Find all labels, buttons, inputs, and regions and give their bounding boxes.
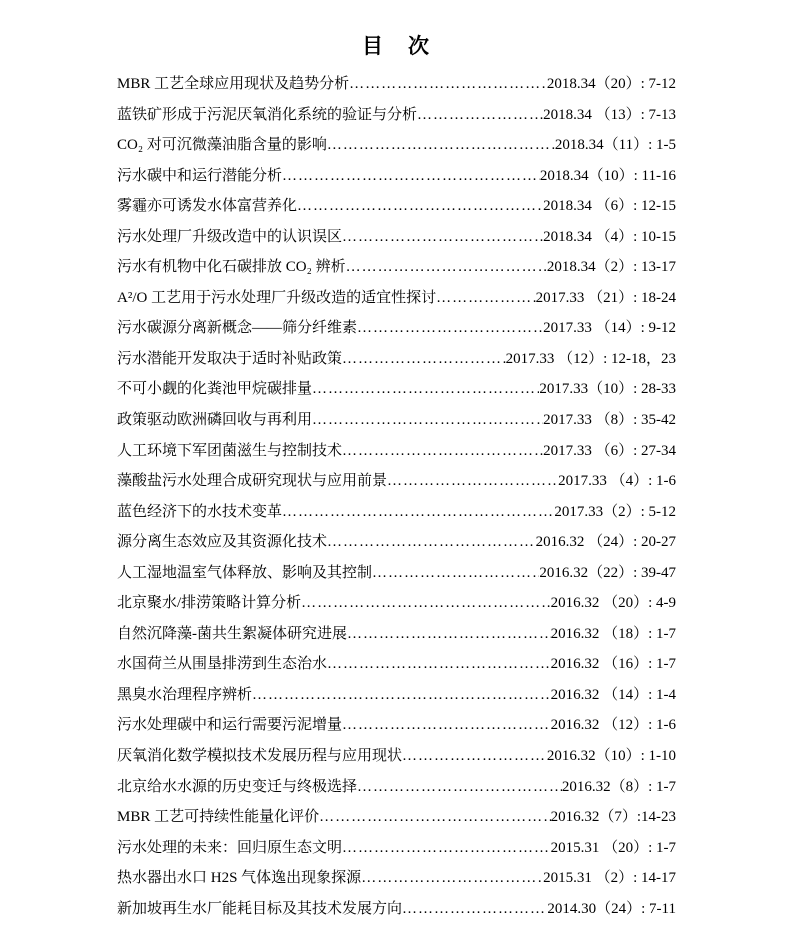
dot-leader: …………………………………………………………………………………………………………… <box>282 161 540 192</box>
entry-title: 蓝铁矿形成于污泥厌氧消化系统的验证与分析 <box>117 100 417 131</box>
toc-list: MBR 工艺全球应用现状及趋势分析 …………………………………………………………… <box>117 69 676 924</box>
toc-entry: 人工环境下军团菌滋生与控制技术 ………………………………………………………………… <box>117 436 676 467</box>
entry-title: 热水器出水口 H2S 气体逸出现象探源 <box>117 863 361 894</box>
entry-title: 污水处理的未来：回归原生态文明 <box>117 833 342 864</box>
toc-entry: 污水有机物中化石碳排放 CO₂ 辨析 ………………………………………………………… <box>117 252 676 283</box>
dot-leader: …………………………………………………………………………………………………………… <box>417 100 543 131</box>
entry-title: 人工湿地温室气体释放、影响及其控制 <box>117 558 372 589</box>
entry-citation: 2017.33 （21）: 18-24 <box>536 283 676 314</box>
toc-entry: 北京聚水/排涝策略计算分析 ……………………………………………………………………… <box>117 588 676 619</box>
entry-citation: 2017.33（10）: 28-33 <box>539 374 676 405</box>
dot-leader: …………………………………………………………………………………………………………… <box>357 313 543 344</box>
entry-title: 污水有机物中化石碳排放 CO₂ 辨析 <box>117 252 346 283</box>
entry-citation: 2017.33 （6）: 27-34 <box>543 436 676 467</box>
dot-leader: …………………………………………………………………………………………………………… <box>346 252 547 283</box>
toc-entry: 黑臭水治理程序辨析 ………………………………………………………………………………… <box>117 680 676 711</box>
page-title: 目 次 <box>117 0 676 60</box>
entry-citation: 2014.30（24）: 7-11 <box>547 894 676 925</box>
entry-citation: 2017.33 （14）: 9-12 <box>543 313 676 344</box>
dot-leader: …………………………………………………………………………………………………………… <box>402 741 547 772</box>
entry-citation: 2016.32 （14）: 1-4 <box>551 680 676 711</box>
toc-entry: 北京给水水源的历史变迁与终极选择 ……………………………………………………………… <box>117 772 676 803</box>
entry-title: 藻酸盐污水处理合成研究现状与应用前景 <box>117 466 387 497</box>
dot-leader: …………………………………………………………………………………………………………… <box>327 527 536 558</box>
toc-entry: A²/O 工艺用于污水处理厂升级改造的适宜性探讨 ………………………………………… <box>117 283 676 314</box>
toc-page: 目 次 MBR 工艺全球应用现状及趋势分析 ………………………………………………… <box>0 0 793 940</box>
entry-citation: 2016.32 （12）: 1-6 <box>551 710 676 741</box>
entry-title: 污水碳源分离新概念——筛分纤维素 <box>117 313 357 344</box>
dot-leader: …………………………………………………………………………………………………………… <box>402 894 547 925</box>
dot-leader: …………………………………………………………………………………………………………… <box>319 802 550 833</box>
entry-title: 北京给水水源的历史变迁与终极选择 <box>117 772 357 803</box>
toc-entry: 污水处理碳中和运行需要污泥增量 ………………………………………………………………… <box>117 710 676 741</box>
entry-citation: 2018.34 （13）: 7-13 <box>543 100 676 131</box>
dot-leader: …………………………………………………………………………………………………………… <box>342 833 551 864</box>
entry-title: 蓝色经济下的水技术变革 <box>117 497 282 528</box>
dot-leader: …………………………………………………………………………………………………………… <box>387 466 558 497</box>
entry-title: A²/O 工艺用于污水处理厂升级改造的适宜性探讨 <box>117 283 436 314</box>
entry-title: 污水潜能开发取决于适时补贴政策 <box>117 344 342 375</box>
toc-entry: 不可小觑的化粪池甲烷碳排量 ……………………………………………………………………… <box>117 374 676 405</box>
entry-citation: 2016.32（8）: 1-7 <box>562 772 676 803</box>
dot-leader: …………………………………………………………………………………………………………… <box>361 863 543 894</box>
entry-title: 厌氧消化数学模拟技术发展历程与应用现状 <box>117 741 402 772</box>
entry-title: 污水处理碳中和运行需要污泥增量 <box>117 710 342 741</box>
toc-entry: 热水器出水口 H2S 气体逸出现象探源 ……………………………………………………… <box>117 863 676 894</box>
dot-leader: …………………………………………………………………………………………………………… <box>357 772 562 803</box>
entry-title: CO₂ 对可沉微藻油脂含量的影响 <box>117 130 327 161</box>
entry-title: 政策驱动欧洲磷回收与再利用 <box>117 405 312 436</box>
dot-leader: …………………………………………………………………………………………………………… <box>342 344 506 375</box>
entry-citation: 2016.32 （18）: 1-7 <box>551 619 676 650</box>
dot-leader: …………………………………………………………………………………………………………… <box>312 405 543 436</box>
entry-title: 自然沉降藻-菌共生絮凝体研究进展 <box>117 619 347 650</box>
toc-entry: 人工湿地温室气体释放、影响及其控制 …………………………………………………………… <box>117 558 676 589</box>
entry-citation: 2016.32 （24）: 20-27 <box>536 527 676 558</box>
entry-citation: 2018.34 （4）: 10-15 <box>543 222 676 253</box>
entry-citation: 2016.32（22）: 39-47 <box>539 558 676 589</box>
entry-title: 污水处理厂升级改造中的认识误区 <box>117 222 342 253</box>
entry-title: 北京聚水/排涝策略计算分析 <box>117 588 301 619</box>
entry-title: 不可小觑的化粪池甲烷碳排量 <box>117 374 312 405</box>
entry-citation: 2017.33 （4）: 1-6 <box>558 466 676 497</box>
entry-citation: 2016.32（7）:14-23 <box>551 802 676 833</box>
toc-entry: MBR 工艺可持续性能量化评价 ………………………………………………………………… <box>117 802 676 833</box>
dot-leader: …………………………………………………………………………………………………………… <box>347 619 551 650</box>
entry-citation: 2015.31 （2）: 14-17 <box>543 863 676 894</box>
toc-entry: 水国荷兰从围垦排涝到生态治水 …………………………………………………………………… <box>117 649 676 680</box>
dot-leader: …………………………………………………………………………………………………………… <box>342 222 543 253</box>
dot-leader: …………………………………………………………………………………………………………… <box>349 69 547 100</box>
toc-entry: 政策驱动欧洲磷回收与再利用 ……………………………………………………………………… <box>117 405 676 436</box>
entry-citation: 2017.33 （12）: 12-18，23 <box>506 344 676 375</box>
toc-entry: 污水潜能开发取决于适时补贴政策 ………………………………………………………………… <box>117 344 676 375</box>
entry-title: 人工环境下军团菌滋生与控制技术 <box>117 436 342 467</box>
toc-entry: 污水碳中和运行潜能分析 …………………………………………………………………………… <box>117 161 676 192</box>
toc-entry: 厌氧消化数学模拟技术发展历程与应用现状 ……………………………………………………… <box>117 741 676 772</box>
toc-entry: 蓝铁矿形成于污泥厌氧消化系统的验证与分析 …………………………………………………… <box>117 100 676 131</box>
entry-title: MBR 工艺可持续性能量化评价 <box>117 802 319 833</box>
dot-leader: …………………………………………………………………………………………………………… <box>436 283 535 314</box>
entry-title: 水国荷兰从围垦排涝到生态治水 <box>117 649 327 680</box>
entry-title: 雾霾亦可诱发水体富营养化 <box>117 191 297 222</box>
toc-entry: MBR 工艺全球应用现状及趋势分析 …………………………………………………………… <box>117 69 676 100</box>
entry-title: 污水碳中和运行潜能分析 <box>117 161 282 192</box>
toc-entry: 藻酸盐污水处理合成研究现状与应用前景 ………………………………………………………… <box>117 466 676 497</box>
dot-leader: …………………………………………………………………………………………………………… <box>252 680 551 711</box>
toc-entry: 污水处理厂升级改造中的认识误区 ………………………………………………………………… <box>117 222 676 253</box>
dot-leader: …………………………………………………………………………………………………………… <box>327 130 555 161</box>
entry-title: 黑臭水治理程序辨析 <box>117 680 252 711</box>
dot-leader: …………………………………………………………………………………………………………… <box>312 374 539 405</box>
entry-citation: 2017.33（2）: 5-12 <box>554 497 676 528</box>
entry-title: 源分离生态效应及其资源化技术 <box>117 527 327 558</box>
entry-citation: 2016.32 （16）: 1-7 <box>551 649 676 680</box>
entry-title: MBR 工艺全球应用现状及趋势分析 <box>117 69 349 100</box>
entry-citation: 2016.32（10）: 1-10 <box>547 741 676 772</box>
entry-citation: 2018.34（10）: 11-16 <box>540 161 676 192</box>
toc-entry: 污水处理的未来：回归原生态文明 ………………………………………………………………… <box>117 833 676 864</box>
dot-leader: …………………………………………………………………………………………………………… <box>372 558 539 589</box>
toc-entry: 污水碳源分离新概念——筛分纤维素 ……………………………………………………………… <box>117 313 676 344</box>
entry-citation: 2017.33 （8）: 35-42 <box>543 405 676 436</box>
dot-leader: …………………………………………………………………………………………………………… <box>297 191 543 222</box>
entry-citation: 2016.32 （20）: 4-9 <box>551 588 676 619</box>
dot-leader: …………………………………………………………………………………………………………… <box>342 436 543 467</box>
toc-entry: 雾霾亦可诱发水体富营养化 ………………………………………………………………………… <box>117 191 676 222</box>
entry-citation: 2018.34（2）: 13-17 <box>547 252 676 283</box>
entry-title: 新加坡再生水厂能耗目标及其技术发展方向 <box>117 894 402 925</box>
entry-citation: 2018.34 （6）: 12-15 <box>543 191 676 222</box>
dot-leader: …………………………………………………………………………………………………………… <box>301 588 550 619</box>
dot-leader: …………………………………………………………………………………………………………… <box>327 649 551 680</box>
entry-citation: 2018.34（20）: 7-12 <box>547 69 676 100</box>
toc-entry: CO₂ 对可沉微藻油脂含量的影响 ……………………………………………………………… <box>117 130 676 161</box>
dot-leader: …………………………………………………………………………………………………………… <box>282 497 554 528</box>
entry-citation: 2018.34（11）: 1-5 <box>555 130 676 161</box>
entry-citation: 2015.31 （20）: 1-7 <box>551 833 676 864</box>
toc-entry: 新加坡再生水厂能耗目标及其技术发展方向 ……………………………………………………… <box>117 894 676 925</box>
toc-entry: 蓝色经济下的水技术变革 …………………………………………………………………………… <box>117 497 676 528</box>
dot-leader: …………………………………………………………………………………………………………… <box>342 710 551 741</box>
toc-entry: 源分离生态效应及其资源化技术 …………………………………………………………………… <box>117 527 676 558</box>
toc-entry: 自然沉降藻-菌共生絮凝体研究进展 ……………………………………………………………… <box>117 619 676 650</box>
